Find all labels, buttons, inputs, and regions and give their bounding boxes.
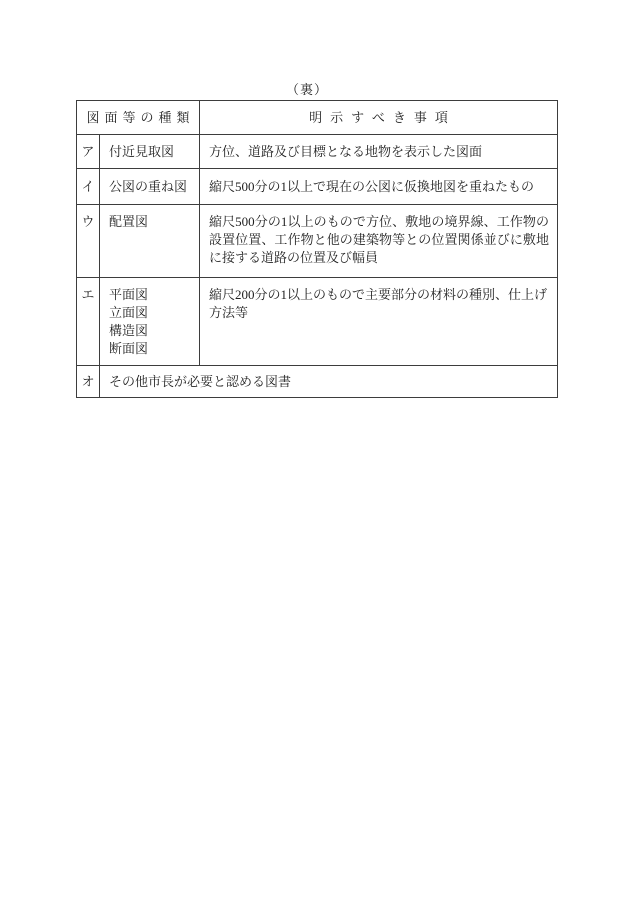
table-row: イ 公図の重ね図 縮尺500分の1以上で現在の公図に仮換地図を重ねたもの	[77, 169, 558, 205]
requirement-cell-merged: その他市長が必要と認める図書	[100, 366, 558, 398]
drawing-type-line: 立面図	[109, 304, 193, 322]
requirement-cell: 縮尺200分の1以上のもので主要部分の材料の種別、仕上げ方法等	[200, 278, 558, 366]
drawing-type-cell: 公図の重ね図	[100, 169, 200, 205]
drawing-requirements-table: 図面等の種類 明示すべき事項 ア 付近見取図 方位、道路及び目標となる地物を表示…	[76, 100, 558, 398]
row-key-cell: エ	[77, 278, 100, 366]
header-items-to-show: 明示すべき事項	[200, 101, 558, 135]
requirement-cell: 方位、道路及び目標となる地物を表示した図面	[200, 135, 558, 169]
header-drawing-kinds: 図面等の種類	[77, 101, 200, 135]
drawing-type-cell: 平面図 立面図 構造図 断面図	[100, 278, 200, 366]
row-key-cell: ウ	[77, 205, 100, 278]
drawing-type-cell: 配置図	[100, 205, 200, 278]
table-row: エ 平面図 立面図 構造図 断面図 縮尺200分の1以上のもので主要部分の材料の…	[77, 278, 558, 366]
drawing-type-line: 構造図	[109, 322, 193, 340]
table-row: ア 付近見取図 方位、道路及び目標となる地物を表示した図面	[77, 135, 558, 169]
drawing-type-line: 断面図	[109, 340, 193, 358]
requirement-cell: 縮尺500分の1以上で現在の公図に仮換地図を重ねたもの	[200, 169, 558, 205]
table-row: ウ 配置図 縮尺500分の1以上のもので方位、敷地の境界線、工作物の設置位置、工…	[77, 205, 558, 278]
row-key-cell: ア	[77, 135, 100, 169]
drawing-type-cell: 付近見取図	[100, 135, 200, 169]
requirement-cell: 縮尺500分の1以上のもので方位、敷地の境界線、工作物の設置位置、工作物と他の建…	[200, 205, 558, 278]
page-side-label: （裏）	[76, 82, 538, 98]
row-key-cell: オ	[77, 366, 100, 398]
document-sheet: （裏） 図面等の種類 明示すべき事項 ア 付近見取図 方位、道路及び目標となる地…	[0, 0, 630, 915]
row-key-cell: イ	[77, 169, 100, 205]
table-header-row: 図面等の種類 明示すべき事項	[77, 101, 558, 135]
drawing-type-line: 平面図	[109, 286, 193, 304]
table-row: オ その他市長が必要と認める図書	[77, 366, 558, 398]
